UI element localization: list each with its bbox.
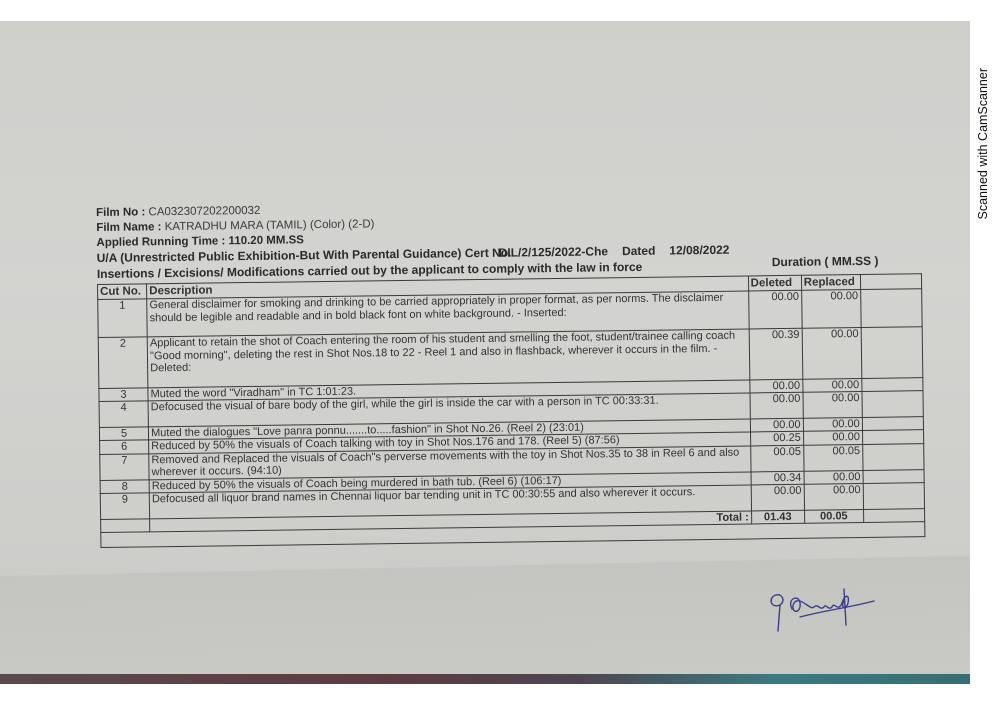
dated-label: Dated xyxy=(622,244,656,258)
running-time-label: Applied Running Time : xyxy=(96,235,225,249)
blank-cell xyxy=(862,416,923,430)
cuts-table: Cut No. Description Deleted Replaced 1Ge… xyxy=(97,273,925,548)
blank-cell xyxy=(863,443,925,470)
replaced-duration: 00.00 xyxy=(803,430,862,444)
film-no-label: Film No : xyxy=(96,206,145,219)
scanned-page: Film No : CA032307202200032 Film Name : … xyxy=(0,21,970,684)
header-replaced: Replaced xyxy=(801,275,860,291)
total-deleted: 01.43 xyxy=(751,510,804,524)
cut-number: 6 xyxy=(100,440,149,454)
cut-number: 9 xyxy=(100,493,149,519)
deleted-duration: 00.00 xyxy=(750,418,803,432)
dated-value: 12/08/2022 xyxy=(669,243,729,258)
table-body: 1General disclaimer for smoking and drin… xyxy=(98,289,925,519)
header-cut-no: Cut No. xyxy=(98,284,147,300)
certificate-document: Film No : CA032307202200032 Film Name : … xyxy=(96,195,930,548)
replaced-duration: 00.00 xyxy=(803,391,862,417)
replaced-duration: 00.00 xyxy=(803,378,862,392)
film-no-value: CA032307202200032 xyxy=(148,205,260,218)
blank-cell xyxy=(862,430,923,444)
deleted-duration: 00.39 xyxy=(749,328,803,379)
deleted-duration: 00.00 xyxy=(751,484,804,510)
replaced-duration: 00.05 xyxy=(803,444,862,471)
deleted-duration: 00.34 xyxy=(751,471,804,485)
duration-label: Duration ( MM.SS ) xyxy=(772,254,879,269)
blank-cell xyxy=(861,327,923,378)
blank-cell xyxy=(863,469,924,483)
background-fabric-strip xyxy=(0,674,970,684)
replaced-duration: 00.00 xyxy=(804,483,863,509)
cert-details: DIL/2/125/2022-CheDated12/08/2022 xyxy=(499,243,730,261)
running-time-value: 110.20 MM.SS xyxy=(228,234,304,247)
deleted-duration: 00.00 xyxy=(748,290,802,329)
blank-cell xyxy=(862,377,923,391)
film-name-label: Film Name : xyxy=(96,221,161,234)
film-name-value: KATRADHU MARA (TAMIL) (Color) (2-D) xyxy=(165,218,375,233)
cut-number: 4 xyxy=(99,401,148,427)
deleted-duration: 00.05 xyxy=(750,445,803,472)
replaced-duration: 00.00 xyxy=(801,290,861,329)
replaced-duration: 00.00 xyxy=(803,417,862,431)
header-blank xyxy=(860,274,921,290)
header-deleted: Deleted xyxy=(748,275,801,291)
deleted-duration: 00.00 xyxy=(750,392,803,418)
blank-cell xyxy=(860,289,922,328)
camscanner-watermark: Scanned with CamScanner xyxy=(976,68,990,219)
cert-no: DIL/2/125/2022-Che xyxy=(499,244,609,259)
blank-cell xyxy=(862,391,924,417)
signature-icon xyxy=(762,581,882,641)
total-replaced: 00.05 xyxy=(804,509,863,523)
deleted-duration: 00.00 xyxy=(749,379,802,393)
cut-number: 3 xyxy=(99,387,148,401)
cut-number: 2 xyxy=(98,337,148,388)
cut-number: 1 xyxy=(98,299,148,338)
deleted-duration: 00.25 xyxy=(750,431,803,445)
replaced-duration: 00.00 xyxy=(802,327,862,378)
cut-number: 5 xyxy=(99,426,148,440)
cut-number: 8 xyxy=(100,479,149,493)
cut-number: 7 xyxy=(100,453,149,480)
replaced-duration: 00.00 xyxy=(804,470,863,484)
blank-cell xyxy=(863,483,925,509)
cut-description: Applicant to retain the shot of Coach en… xyxy=(147,329,749,387)
